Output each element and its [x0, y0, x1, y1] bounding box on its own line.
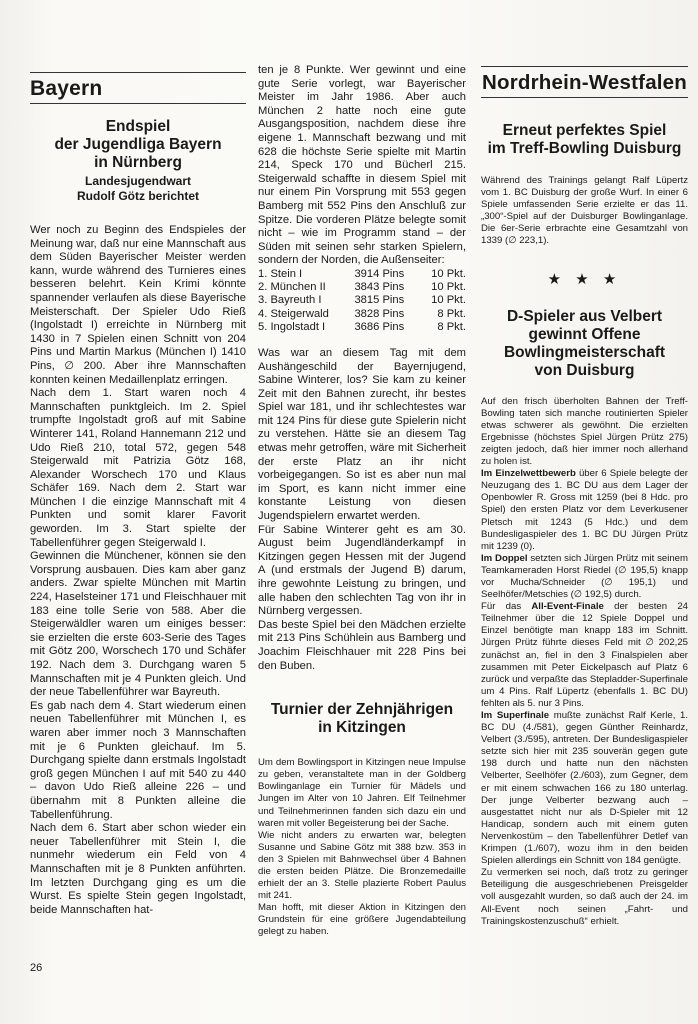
- lead-in: Im Superfinale: [481, 710, 549, 721]
- headline-line: in Nürnberg: [30, 154, 246, 172]
- headline-endspiel: Endspiel der Jugendliga Bayern in Nürnbe…: [30, 118, 246, 172]
- points: 10 Pkt.: [421, 281, 466, 294]
- paragraph: Um dem Bowlingsport in Kitzingen neue Im…: [258, 757, 466, 830]
- column-bayern-continued: ten je 8 Punkte. Wer gewinnt und eine gu…: [258, 64, 466, 939]
- team: 5. Ingolstadt I: [258, 321, 350, 334]
- headline-line: gewinnt Offene: [481, 326, 688, 344]
- team: 2. München II: [258, 281, 350, 294]
- paragraph-text: Für das: [481, 601, 531, 612]
- headline-velbert: D-Spieler aus Velbert gewinnt Offene Bow…: [481, 308, 688, 380]
- pins: 3914 Pins: [350, 268, 420, 281]
- column-bayern: Bayern Endspiel der Jugendliga Bayern in…: [30, 64, 246, 917]
- table-row: 5. Ingolstadt I3686 Pins8 Pkt.: [258, 321, 466, 334]
- pins: 3828 Pins: [350, 308, 420, 321]
- byline-line: Landesjugendwart: [30, 174, 246, 189]
- team: 3. Bayreuth I: [258, 294, 350, 307]
- points: 10 Pkt.: [421, 294, 466, 307]
- article-body-perfektes-spiel: Während des Trainings gelangt Ralf Lüper…: [481, 175, 688, 248]
- points: 8 Pkt.: [421, 321, 466, 334]
- article-body-kitzingen: Um dem Bowlingsport in Kitzingen neue Im…: [258, 757, 466, 938]
- headline-perfektes-spiel: Erneut perfektes Spiel im Treff-Bowling …: [481, 122, 688, 158]
- table-row: 4. Steigerwald3828 Pins8 Pkt.: [258, 308, 466, 321]
- paragraph: ten je 8 Punkte. Wer gewinnt und eine gu…: [258, 64, 466, 268]
- paragraph: Gewinnen die Münchener, können sie den V…: [30, 550, 246, 700]
- paragraph-doppel: Im Doppel setzten sich Jürgen Prütz mit …: [481, 553, 688, 601]
- article-body-continued: ten je 8 Punkte. Wer gewinnt und eine gu…: [258, 64, 466, 268]
- magazine-page: Bayern Endspiel der Jugendliga Bayern in…: [0, 0, 698, 1024]
- headline-line: Erneut perfektes Spiel: [481, 122, 688, 140]
- paragraph-text: über 6 Spiele belegte der Neuzugang des …: [481, 468, 688, 552]
- column-nrw: Nordrhein-Westfalen Erneut perfektes Spi…: [481, 64, 688, 928]
- paragraph: Das beste Spiel bei den Mädchen erzielte…: [258, 619, 466, 673]
- byline-line: Rudolf Götz berichtet: [30, 189, 246, 204]
- table-row: 2. München II3843 Pins10 Pkt.: [258, 281, 466, 294]
- paragraph-text: der besten 24 Teilnehmer über die 12 Spi…: [481, 601, 688, 709]
- article-body-after-table: Was war an diesem Tag mit dem Aushängesc…: [258, 347, 466, 673]
- headline-line: von Duisburg: [481, 362, 688, 380]
- article-body-bayern: Wer noch zu Beginn des Endspieles der Me…: [30, 224, 246, 917]
- paragraph: Man hofft, mit dieser Aktion in Kitzinge…: [258, 902, 466, 938]
- lead-in: Im Doppel: [481, 553, 528, 564]
- standings-table: 1. Stein I3914 Pins10 Pkt. 2. München II…: [258, 268, 466, 334]
- paragraph: Nach dem 1. Start waren noch 4 Mannschaf…: [30, 387, 246, 550]
- paragraph: Für Sabine Winterer geht es am 30. Augus…: [258, 524, 466, 619]
- pins: 3815 Pins: [350, 294, 420, 307]
- paragraph: Es gab nach dem 4. Start wiederum einen …: [30, 700, 246, 822]
- headline-line: im Treff-Bowling Duisburg: [481, 140, 688, 158]
- paragraph: Auf den frisch überholten Bahnen der Tre…: [481, 396, 688, 469]
- article-body-velbert: Auf den frisch überholten Bahnen der Tre…: [481, 396, 688, 928]
- headline-line: der Jugendliga Bayern: [30, 136, 246, 154]
- pins: 3843 Pins: [350, 281, 420, 294]
- headline-line: D-Spieler aus Velbert: [481, 308, 688, 326]
- pins: 3686 Pins: [350, 321, 420, 334]
- paragraph: Was war an diesem Tag mit dem Aushängesc…: [258, 347, 466, 524]
- byline: Landesjugendwart Rudolf Götz berichtet: [30, 174, 246, 204]
- paragraph: Während des Trainings gelangt Ralf Lüper…: [481, 175, 688, 248]
- table-row: 1. Stein I3914 Pins10 Pkt.: [258, 268, 466, 281]
- table-row: 3. Bayreuth I3815 Pins10 Pkt.: [258, 294, 466, 307]
- star-separator-icon: ★ ★ ★: [481, 270, 688, 288]
- paragraph-superfinale: Im Superfinale mußte zunächst Ralf Kerle…: [481, 710, 688, 867]
- headline-kitzingen: Turnier der Zehnjährigen in Kitzingen: [258, 701, 466, 737]
- lead-in: All-Event-Finale: [531, 601, 604, 612]
- headline-line: Endspiel: [30, 118, 246, 136]
- team: 1. Stein I: [258, 268, 350, 281]
- points: 10 Pkt.: [421, 268, 466, 281]
- paragraph: Zu vermerken sei noch, daß trotz zu geri…: [481, 867, 688, 927]
- paragraph: Wie nicht anders zu erwarten war, belegt…: [258, 830, 466, 903]
- page-number: 26: [30, 962, 42, 974]
- headline-line: Turnier der Zehnjährigen: [258, 701, 466, 719]
- paragraph-text: mußte zunächst Ralf Kerle, 1. BC DU (4./…: [481, 710, 688, 866]
- headline-line: Bowlingmeisterschaft: [481, 344, 688, 362]
- paragraph-einzel: Im Einzelwettbewerb über 6 Spiele belegt…: [481, 468, 688, 553]
- paragraph: Nach dem 6. Start aber schon wieder ein …: [30, 822, 246, 917]
- section-title-nrw: Nordrhein-Westfalen: [481, 66, 688, 98]
- paragraph-allevent: Für das All-Event-Finale der besten 24 T…: [481, 601, 688, 710]
- headline-line: in Kitzingen: [258, 719, 466, 737]
- section-title-bayern: Bayern: [30, 72, 246, 104]
- points: 8 Pkt.: [421, 308, 466, 321]
- paragraph: Wer noch zu Beginn des Endspieles der Me…: [30, 224, 246, 387]
- team: 4. Steigerwald: [258, 308, 350, 321]
- lead-in: Im Einzelwettbewerb: [481, 468, 576, 479]
